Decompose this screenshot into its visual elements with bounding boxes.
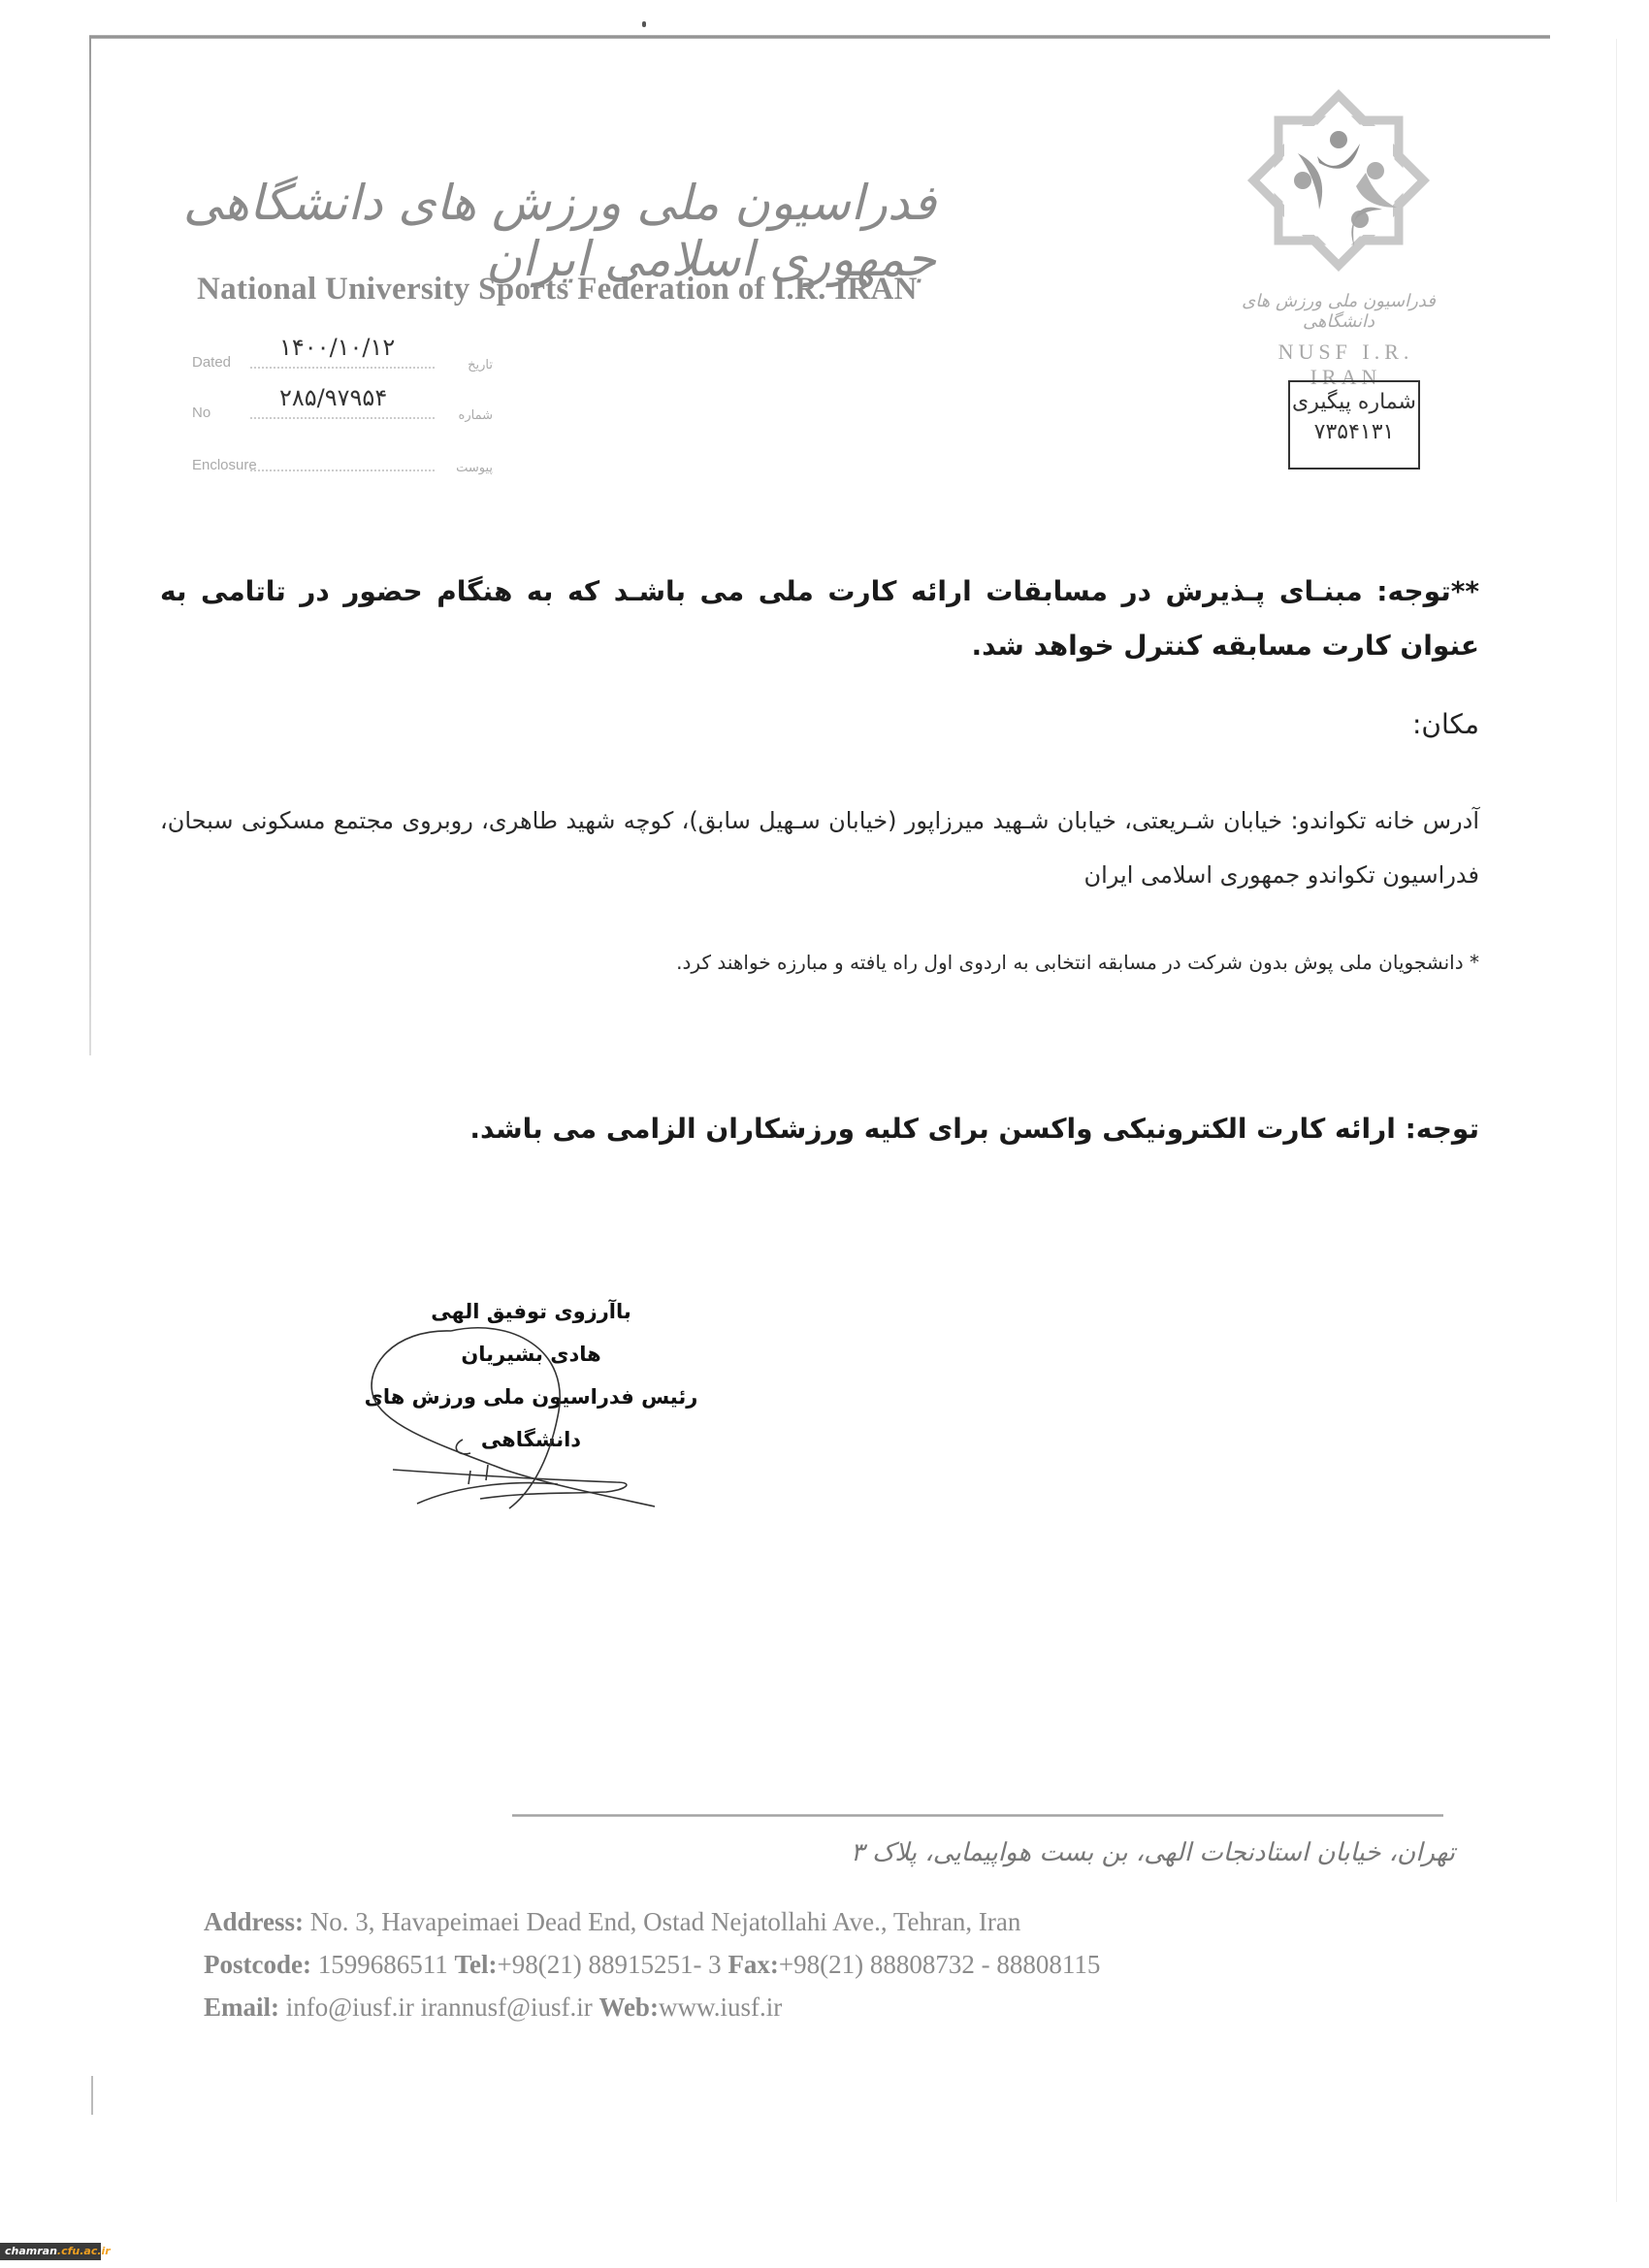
postcode-label: Postcode: <box>204 1950 311 1979</box>
dotted-line <box>250 367 435 369</box>
dotted-line <box>250 470 435 471</box>
watermark-part2: .cfu.ac.ir <box>57 2245 111 2257</box>
nusf-star-logo-icon <box>1242 83 1436 277</box>
number-label: No <box>192 405 210 421</box>
venue-address: آدرس خانه تکواندو: خیابان شـریعتی، خیابا… <box>160 794 1479 902</box>
email-value: info@iusf.ir irannusf@iusf.ir <box>279 1993 598 2022</box>
logo-caption-fa: فدراسیون ملی ورزش های دانشگاهی <box>1232 291 1445 332</box>
fax-value: +98(21) 88808732 - 88808115 <box>779 1950 1100 1979</box>
dotted-line <box>250 417 435 419</box>
handwritten-signature-icon <box>364 1300 674 1513</box>
meta-dated-row: Dated ۱۴۰۰/۱۰/۱۲ تاریخ <box>192 340 493 374</box>
fax-label: Fax: <box>727 1950 778 1979</box>
enclosure-label: Enclosure <box>192 457 257 473</box>
dated-value: ۱۴۰۰/۱۰/۱۲ <box>279 334 395 361</box>
enclosure-label-fa: پیوست <box>456 461 493 475</box>
tracking-number: ۷۳۵۴۱۳۱ <box>1290 420 1418 444</box>
web-label: Web: <box>598 1993 659 2022</box>
footer-divider <box>512 1814 1443 1817</box>
web-value: www.iusf.ir <box>659 1993 782 2022</box>
dated-label: Dated <box>192 354 231 371</box>
address-value: No. 3, Havapeimaei Dead End, Ostad Nejat… <box>304 1907 1020 1936</box>
postcode-value: 1599686511 <box>311 1950 455 1979</box>
top-border-line <box>89 35 1550 39</box>
notice-national-card: **توجه: مبنـای پـذیرش در مسابقات ارائه ک… <box>160 565 1479 673</box>
number-label-fa: شماره <box>459 408 493 423</box>
footer-contact-line: Postcode: 1599686511 Tel:+98(21) 8891525… <box>204 1950 1100 1980</box>
email-label: Email: <box>204 1993 279 2022</box>
letterhead-title-fa: فدراسیون ملی ورزش های دانشگاهی جمهوری اس… <box>160 175 936 287</box>
footer-address-line: Address: No. 3, Havapeimaei Dead End, Os… <box>204 1907 1020 1937</box>
scan-speck <box>642 21 646 27</box>
watermark-part1: chamran <box>5 2245 57 2257</box>
meta-enclosure-row: Enclosure پیوست <box>192 442 493 477</box>
footer-web-line: Email: info@iusf.ir irannusf@iusf.ir Web… <box>204 1993 782 2023</box>
tel-value: +98(21) 88915251- 3 <box>497 1950 727 1979</box>
footer-address-fa: تهران، خیابان استادنجات الهی، بن بست هوا… <box>679 1838 1455 1867</box>
left-border-line-lower <box>91 2076 93 2115</box>
dated-label-fa: تاریخ <box>468 358 493 373</box>
tel-label: Tel: <box>454 1950 497 1979</box>
address-label: Address: <box>204 1907 304 1936</box>
place-label: مکان: <box>160 708 1479 740</box>
note-national-team: * دانشجویان ملی پوش بدون شرکت در مسابقه … <box>160 935 1479 989</box>
notice-vaccine-card: توجه: ارائه کارت الکترونیکی واکسن برای ک… <box>160 1102 1479 1156</box>
left-border-line <box>89 37 91 1055</box>
scan-edge-line <box>1616 39 1617 2202</box>
number-value: ۲۸۵/۹۷۹۵۴ <box>279 384 387 411</box>
letterhead-title-en: National University Sports Federation of… <box>197 272 918 308</box>
tracking-number-stamp: شماره پیگیری ۷۳۵۴۱۳۱ <box>1288 380 1420 470</box>
tracking-label: شماره پیگیری <box>1290 390 1418 414</box>
meta-number-row: No ۲۸۵/۹۷۹۵۴ شماره <box>192 390 493 425</box>
site-watermark: chamran.cfu.ac.ir <box>0 2243 101 2260</box>
